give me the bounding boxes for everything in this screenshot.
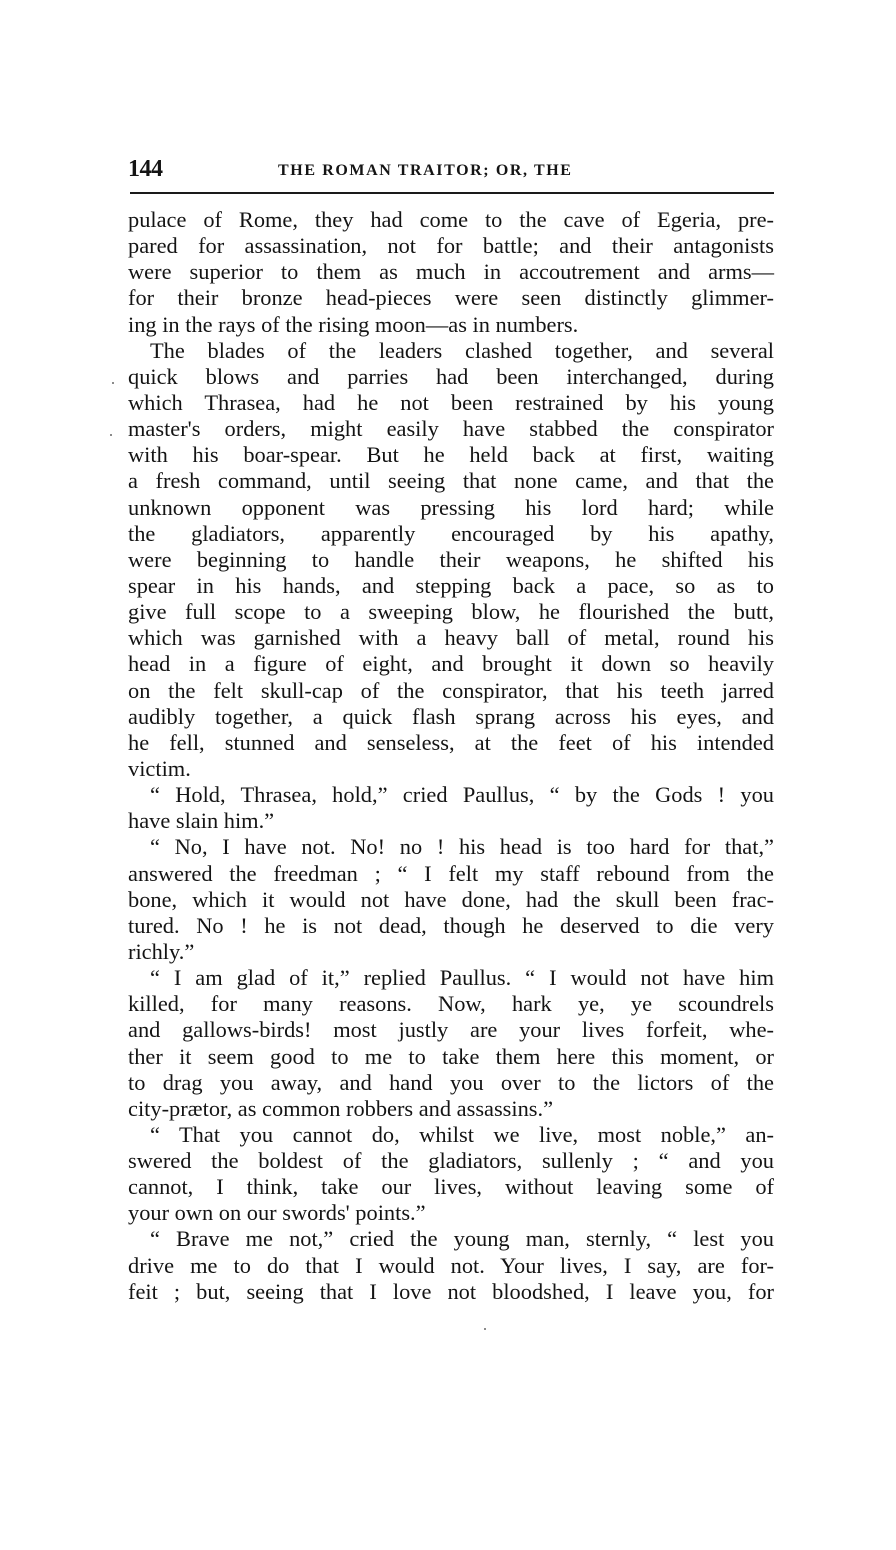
text-line: cannot, I think, take our lives, without… <box>128 1174 774 1200</box>
text-line: he fell, stunned and senseless, at the f… <box>128 730 774 756</box>
text-line: answered the freedman ; “ I felt my staf… <box>128 861 774 887</box>
text-line: victim. <box>128 756 774 782</box>
text-line: ing in the rays of the rising moon—as in… <box>128 312 774 338</box>
text-line: pared for assassination, not for battle;… <box>128 233 774 259</box>
text-line: “ Brave me not,” cried the young man, st… <box>128 1226 774 1252</box>
text-line: swered the boldest of the gladiators, su… <box>128 1148 774 1174</box>
text-line: which was garnished with a heavy ball of… <box>128 625 774 651</box>
text-line: unknown opponent was pressing his lord h… <box>128 495 774 521</box>
page-number: 144 <box>128 156 163 183</box>
text-line: richly.” <box>128 939 774 965</box>
text-line: which Thrasea, had he not been restraine… <box>128 390 774 416</box>
text-line: feit ; but, seeing that I love not blood… <box>128 1279 774 1305</box>
text-line: “ That you cannot do, whilst we live, mo… <box>128 1122 774 1148</box>
text-line: tured. No ! he is not dead, though he de… <box>128 913 774 939</box>
text-line: killed, for many reasons. Now, hark ye, … <box>128 991 774 1017</box>
text-line: a fresh command, until seeing that none … <box>128 468 774 494</box>
text-line: were beginning to handle their weapons, … <box>128 547 774 573</box>
text-line: with his boar-spear. But he held back at… <box>128 442 774 468</box>
scan-speck <box>484 1328 486 1330</box>
text-line: on the felt skull-cap of the conspirator… <box>128 678 774 704</box>
text-line: give full scope to a sweeping blow, he f… <box>128 599 774 625</box>
text-line: spear in his hands, and stepping back a … <box>128 573 774 599</box>
header-rule <box>130 192 774 194</box>
text-line: to drag you away, and hand you over to t… <box>128 1070 774 1096</box>
text-line: city-prætor, as common robbers and assas… <box>128 1096 774 1122</box>
text-line: “ No, I have not. No! no ! his head is t… <box>128 834 774 860</box>
running-title: THE ROMAN TRAITOR; OR, THE <box>278 162 573 180</box>
scan-speck <box>110 434 112 436</box>
text-line: were superior to them as much in accoutr… <box>128 259 774 285</box>
body-text: pulace of Rome, they had come to the cav… <box>128 207 774 1305</box>
text-line: drive me to do that I would not. Your li… <box>128 1253 774 1279</box>
text-line: “ I am glad of it,” replied Paullus. “ I… <box>128 965 774 991</box>
text-line: audibly together, a quick flash sprang a… <box>128 704 774 730</box>
text-line: pulace of Rome, they had come to the cav… <box>128 207 774 233</box>
text-line: the gladiators, apparently encouraged by… <box>128 521 774 547</box>
text-line: quick blows and parries had been interch… <box>128 364 774 390</box>
text-line: The blades of the leaders clashed togeth… <box>128 338 774 364</box>
scan-speck <box>112 382 114 384</box>
text-line: head in a figure of eight, and brought i… <box>128 651 774 677</box>
text-line: ther it seem good to me to take them her… <box>128 1044 774 1070</box>
text-line: your own on our swords' points.” <box>128 1200 774 1226</box>
text-line: bone, which it would not have done, had … <box>128 887 774 913</box>
text-line: and gallows-birds! most justly are your … <box>128 1017 774 1043</box>
text-line: “ Hold, Thrasea, hold,” cried Paullus, “… <box>128 782 774 808</box>
book-page: 144 THE ROMAN TRAITOR; OR, THE pulace of… <box>0 0 896 1550</box>
text-line: master's orders, might easily have stabb… <box>128 416 774 442</box>
running-head: 144 THE ROMAN TRAITOR; OR, THE <box>128 156 774 186</box>
text-line: have slain him.” <box>128 808 774 834</box>
text-line: for their bronze head-pieces were seen d… <box>128 285 774 311</box>
